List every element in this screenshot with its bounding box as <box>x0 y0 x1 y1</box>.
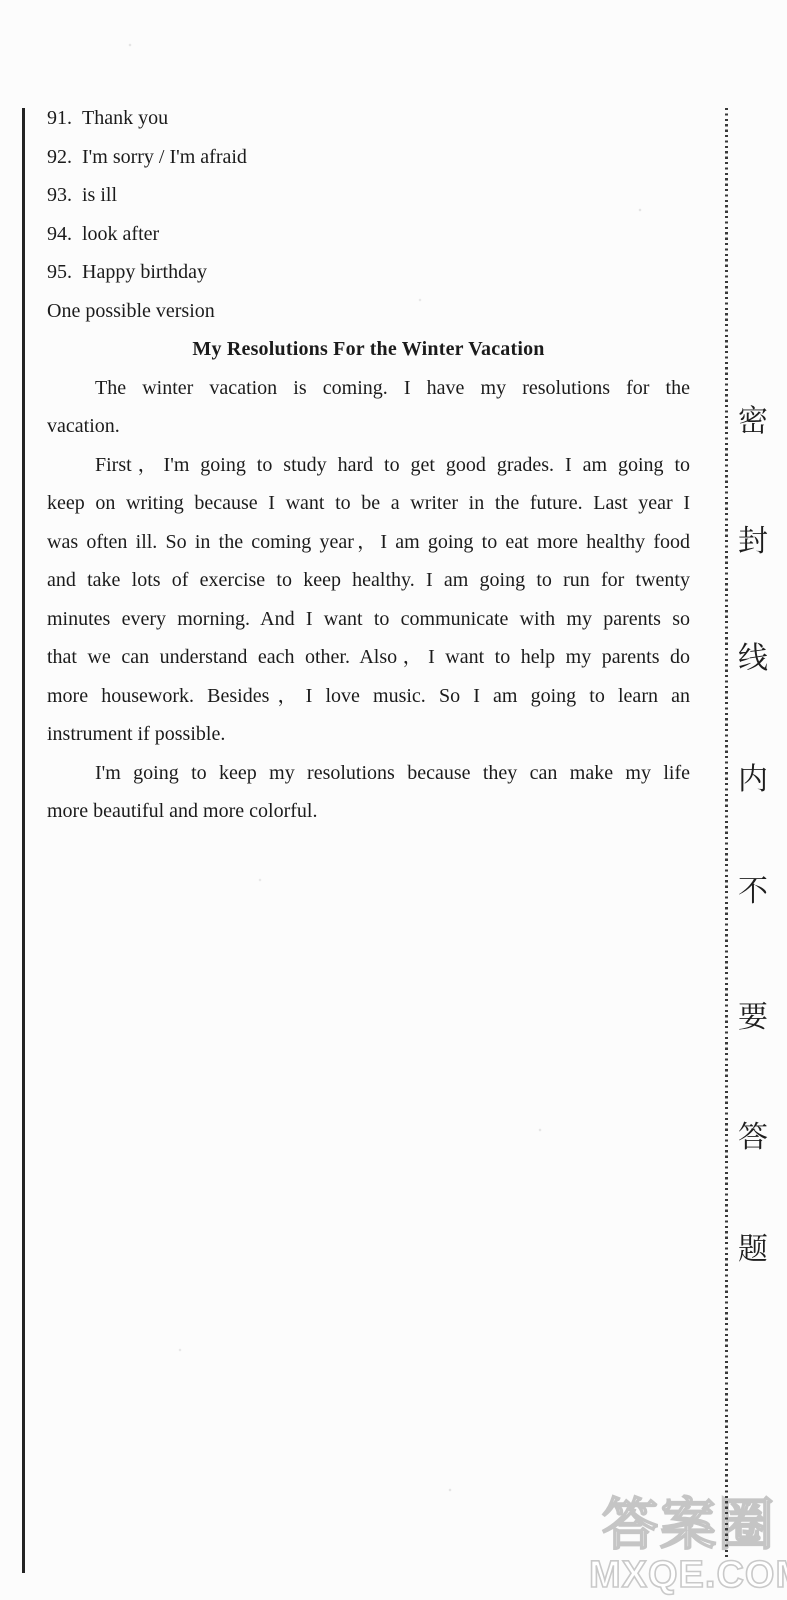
essay-title: My Resolutions For the Winter Vacation <box>47 330 690 369</box>
seal-line-char: 密 <box>737 407 769 437</box>
answer-number: 92. <box>47 138 72 177</box>
watermark-site: MXQE.COM <box>589 1556 787 1594</box>
left-border-line <box>22 108 25 1573</box>
answer-text: I'm sorry / I'm afraid <box>82 146 247 168</box>
answer-item: 94.look after <box>47 215 690 254</box>
answer-text: is ill <box>82 184 117 206</box>
watermark-logo: 答案圈 <box>602 1496 776 1556</box>
essay-line: and take lots of exercise to keep health… <box>47 561 690 600</box>
answer-text: Happy birthday <box>82 261 207 283</box>
answer-text: Thank you <box>82 107 168 129</box>
answer-item: 92.I'm sorry / I'm afraid <box>47 138 690 177</box>
answer-number: 94. <box>47 215 72 254</box>
essay-line: instrument if possible. <box>47 715 690 754</box>
essay-line: more beautiful and more colorful. <box>47 792 690 831</box>
answer-text: look after <box>82 223 159 245</box>
essay-line: was often ill. So in the coming year，I a… <box>47 523 690 562</box>
essay-line: I'm going to keep my resolutions because… <box>47 754 690 793</box>
essay-line: The winter vacation is coming. I have my… <box>47 369 690 408</box>
essay-line: keep on writing because I want to be a w… <box>47 484 690 523</box>
scanned-answer-page: 91.Thank you 92.I'm sorry / I'm afraid 9… <box>0 0 787 1600</box>
answer-number: 95. <box>47 253 72 292</box>
essay-line: vacation. <box>47 407 690 446</box>
seal-line-char: 线 <box>737 644 769 674</box>
seal-line-char: 答 <box>737 1123 769 1153</box>
answer-item: 95.Happy birthday <box>47 253 690 292</box>
seal-line-char: 要 <box>737 1003 769 1033</box>
seal-line-char: 封 <box>737 527 769 557</box>
answer-content: 91.Thank you 92.I'm sorry / I'm afraid 9… <box>47 99 690 831</box>
seal-line-char: 内 <box>737 765 769 795</box>
answer-item: 91.Thank you <box>47 99 690 138</box>
seal-line-char: 题 <box>737 1235 769 1265</box>
answer-number: 91. <box>47 99 72 138</box>
possible-version-label: One possible version <box>47 292 690 331</box>
seal-dashed-line <box>725 108 728 1557</box>
answer-number: 93. <box>47 176 72 215</box>
essay-line: First，I'm going to study hard to get goo… <box>47 446 690 485</box>
essay-line: more housework. Besides，I love music. So… <box>47 677 690 716</box>
essay-line: minutes every morning. And I want to com… <box>47 600 690 639</box>
seal-line-char: 不 <box>737 877 769 907</box>
essay-line: that we can understand each other. Also，… <box>47 638 690 677</box>
answer-item: 93.is ill <box>47 176 690 215</box>
